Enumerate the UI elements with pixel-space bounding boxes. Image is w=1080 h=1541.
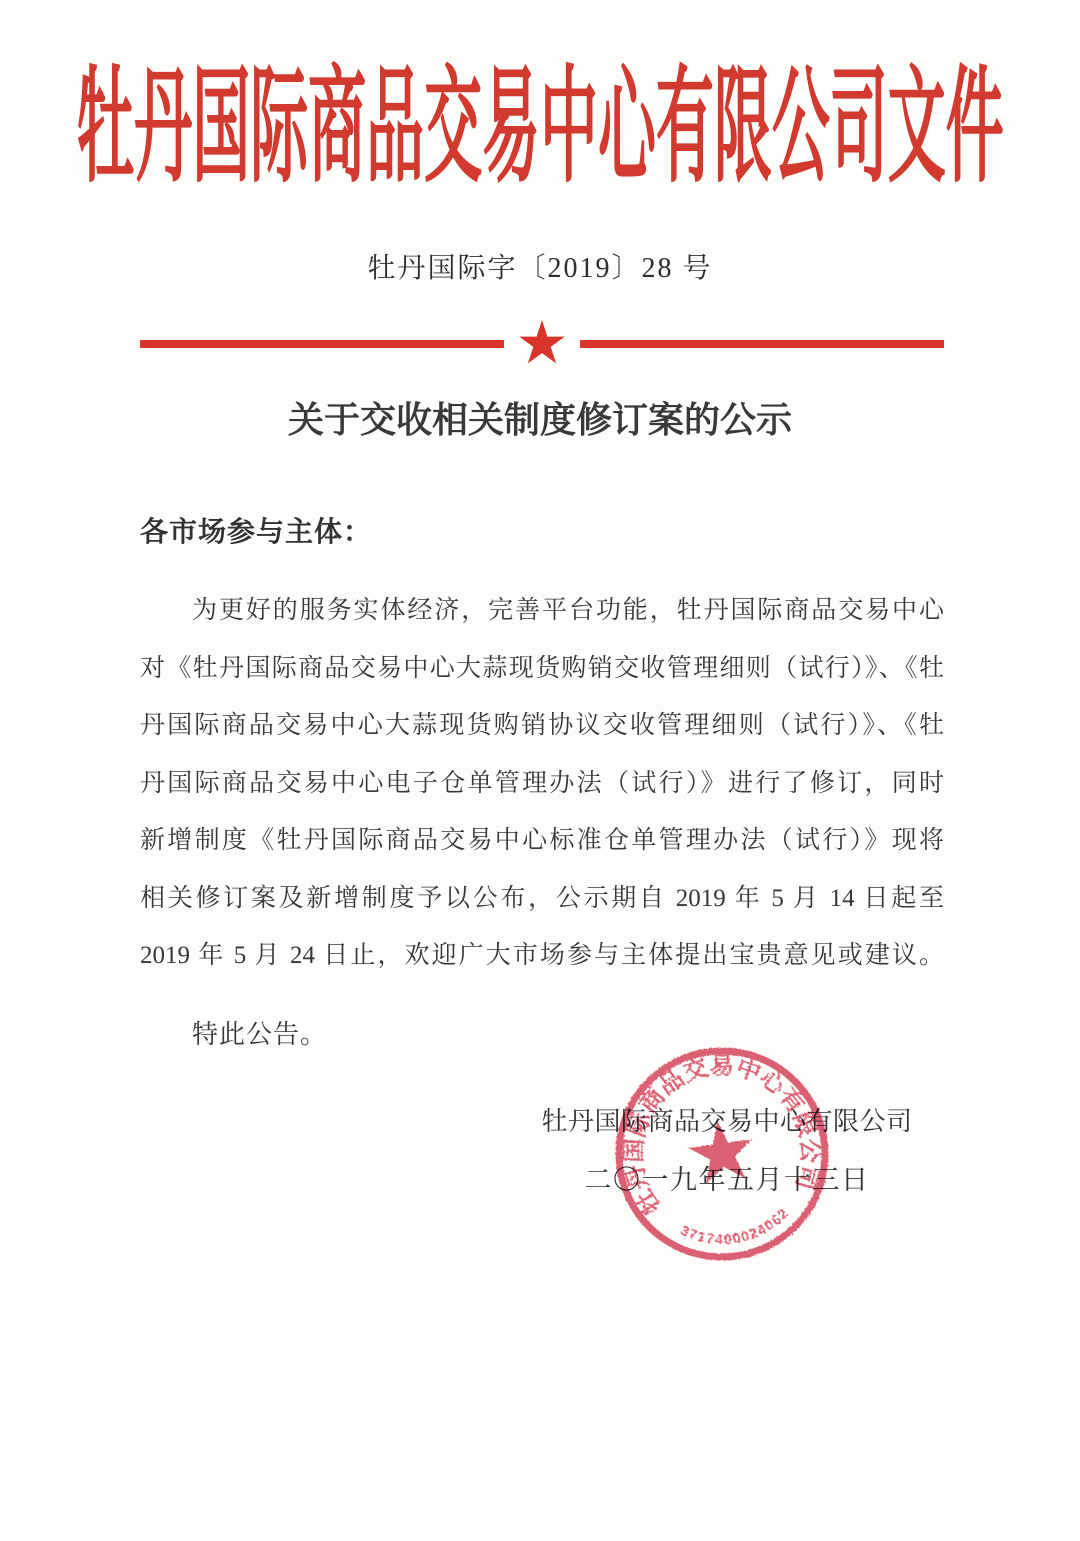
- body-line: 丹国际商品交易中心大蒜现货购销协议交收管理细则（试行）》、《牡: [140, 697, 944, 755]
- closing-phrase: 特此公告。: [140, 1014, 327, 1051]
- official-seal: 牡丹国际商品交易中心有限公司 3717400024062: [584, 1016, 860, 1292]
- svg-text:3717400024062: 3717400024062: [676, 1203, 796, 1254]
- letterhead-title: 牡丹国际商品交易中心有限公司文件: [76, 66, 1003, 192]
- seal-ring: [606, 1038, 839, 1271]
- announcement-title: 关于交收相关制度修订案的公示: [0, 392, 1080, 443]
- issue-date: 二〇一九年五月十三日: [538, 1158, 916, 1197]
- document-page: 牡丹国际商品交易中心有限公司文件 牡丹国际字〔2019〕28 号 关于交收相关制…: [0, 0, 1080, 1541]
- issuer-signature: 牡丹国际商品交易中心有限公司: [538, 1101, 916, 1138]
- divider-star-icon: [517, 319, 567, 369]
- document-number: 牡丹国际字〔2019〕28 号: [0, 246, 1080, 286]
- divider-line-right: [580, 340, 944, 348]
- seal-serial-number: 3717400024062: [676, 1203, 796, 1254]
- body-line: 2019 年 5 月 24 日止，欢迎广大市场参与主体提出宝贵意见或建议。: [140, 927, 944, 985]
- letterhead: 牡丹国际商品交易中心有限公司文件: [0, 66, 1080, 192]
- body-line: 为更好的服务实体经济，完善平台功能，牡丹国际商品交易中心: [140, 582, 944, 640]
- red-divider: [140, 324, 944, 364]
- body-line: 相关修订案及新增制度予以公布，公示期自 2019 年 5 月 14 日起至: [140, 870, 944, 928]
- body-paragraph: 为更好的服务实体经济，完善平台功能，牡丹国际商品交易中心 对《牡丹国际商品交易中…: [140, 582, 944, 985]
- body-line: 新增制度《牡丹国际商品交易中心标准仓单管理办法（试行）》现将: [140, 812, 944, 870]
- body-line: 丹国际商品交易中心电子仓单管理办法（试行）》进行了修订，同时: [140, 755, 944, 813]
- divider-line-left: [140, 340, 504, 348]
- salutation: 各市场参与主体：: [140, 510, 372, 550]
- body-line: 对《牡丹国际商品交易中心大蒜现货购销交收管理细则（试行）》、《牡: [140, 640, 944, 698]
